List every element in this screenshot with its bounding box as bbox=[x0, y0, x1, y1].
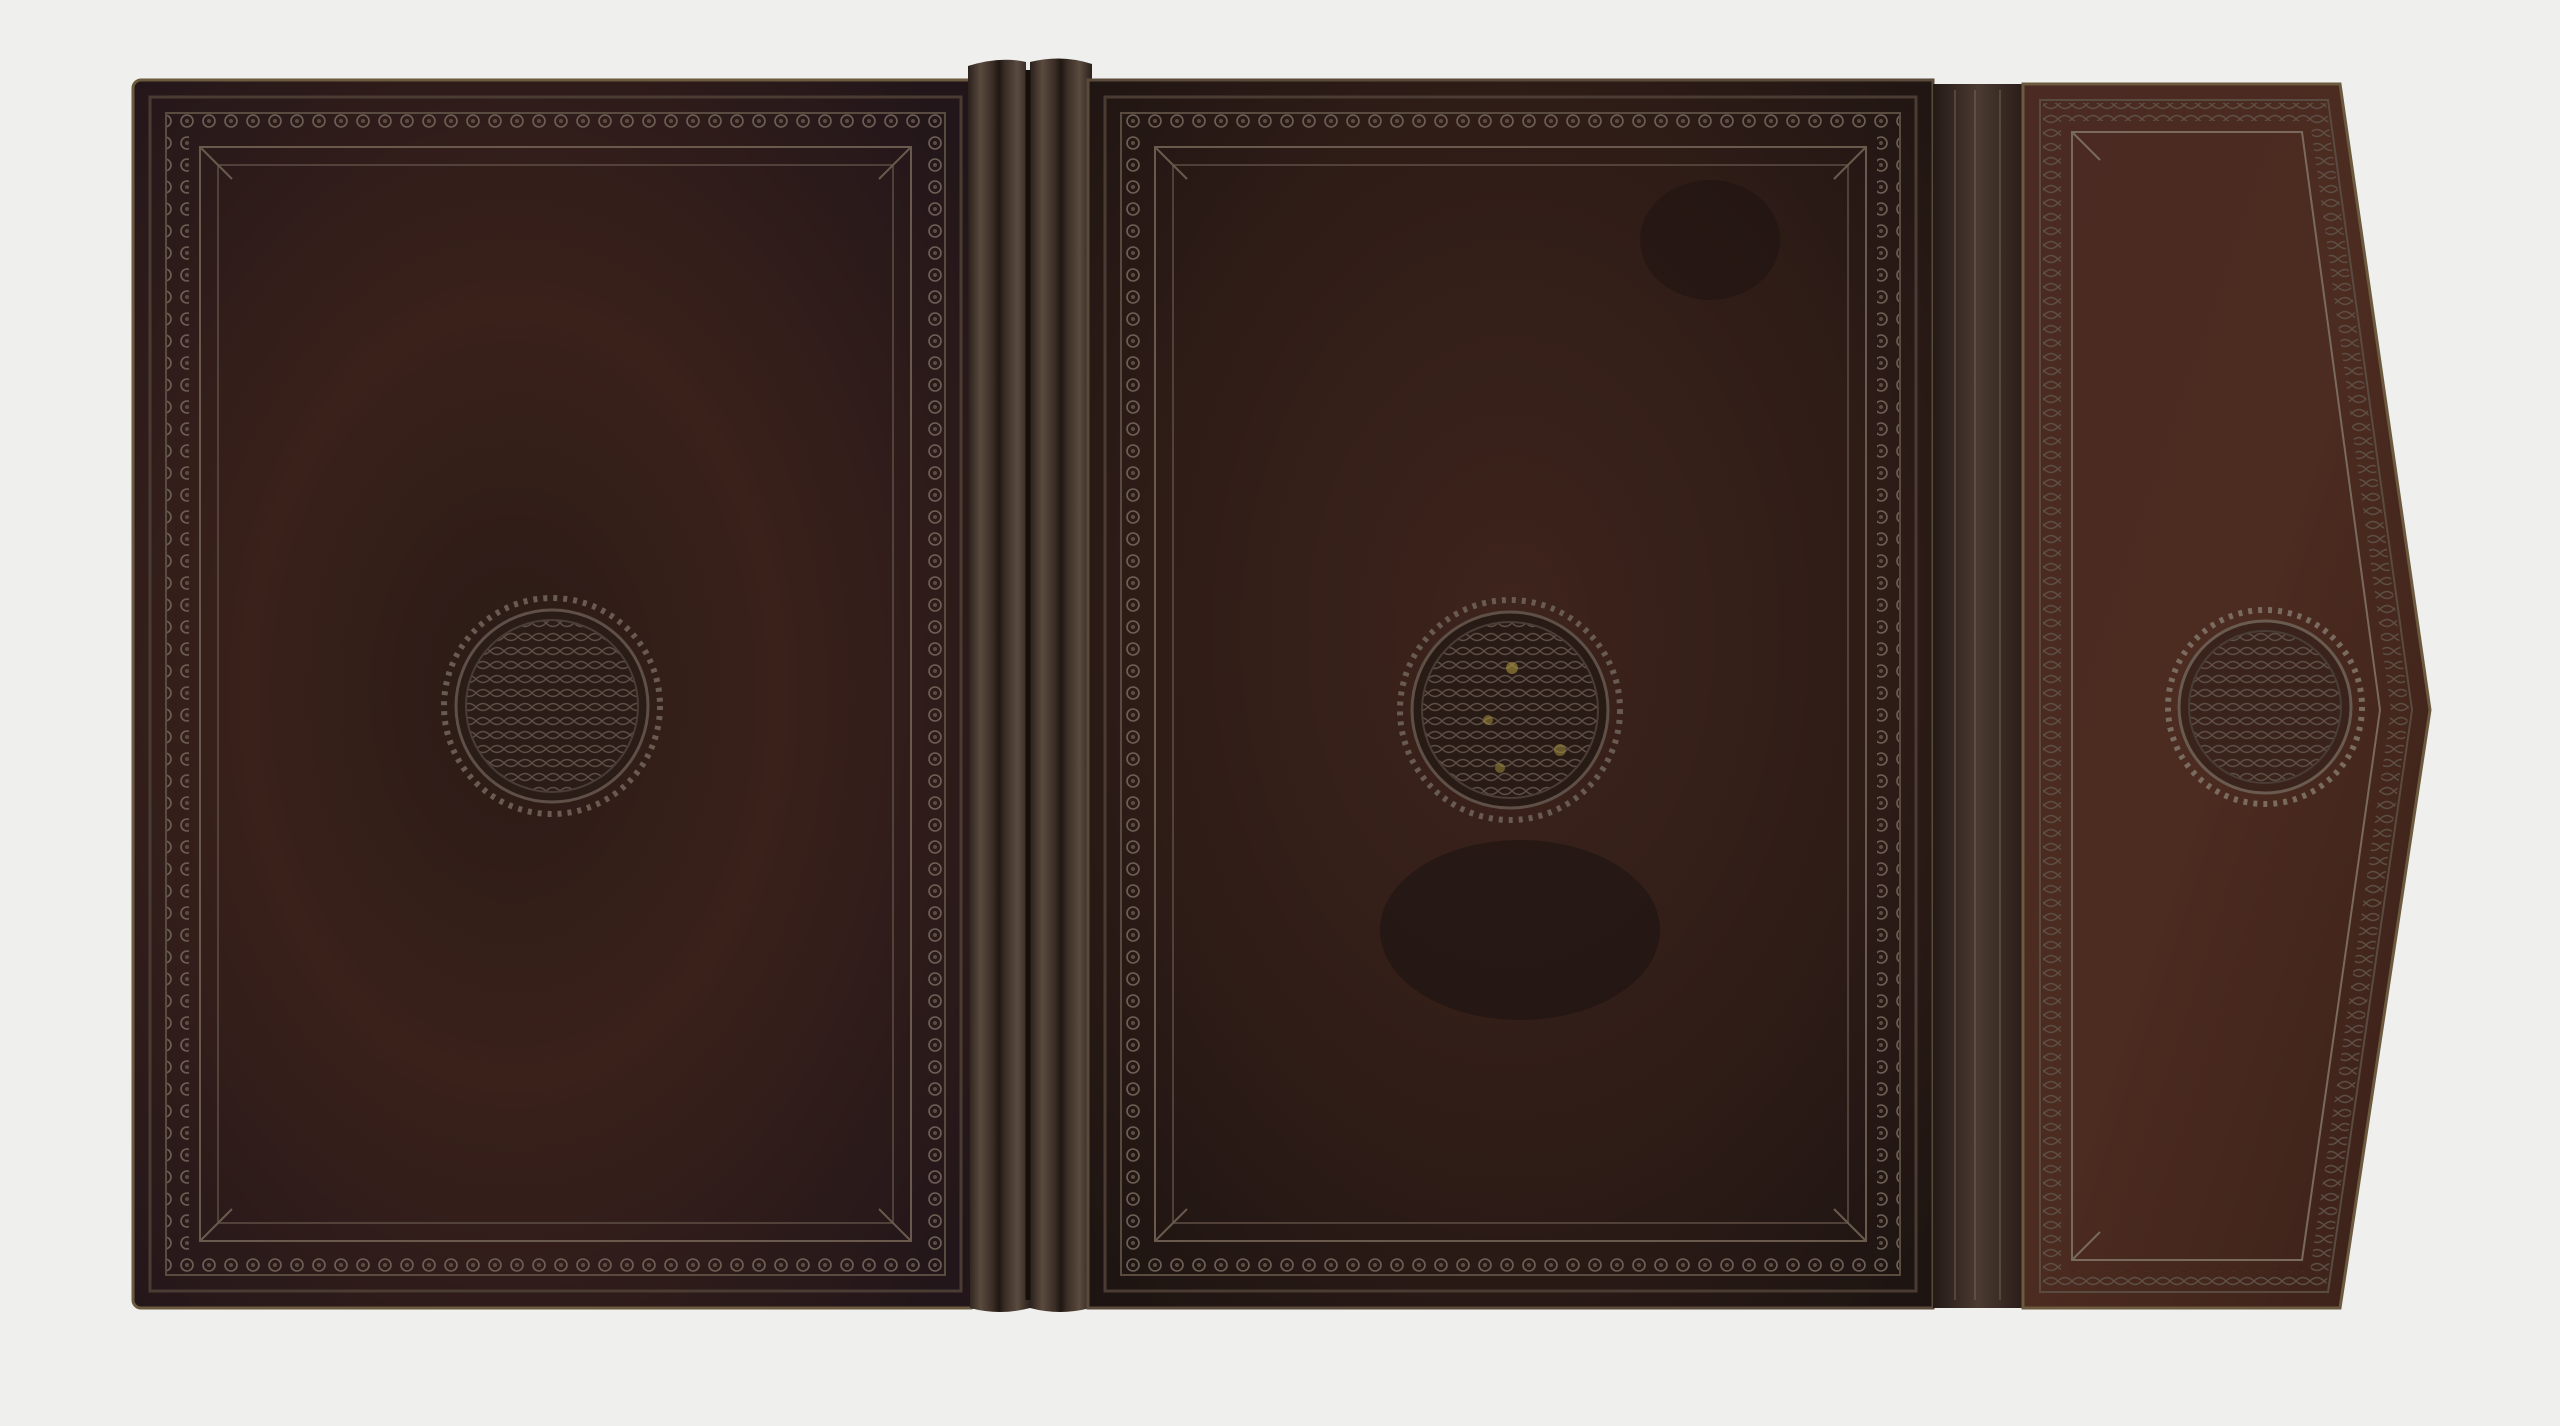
fore-edge bbox=[1933, 84, 2023, 1308]
spine bbox=[968, 58, 1092, 1312]
book-cover-photo bbox=[0, 0, 2560, 1426]
